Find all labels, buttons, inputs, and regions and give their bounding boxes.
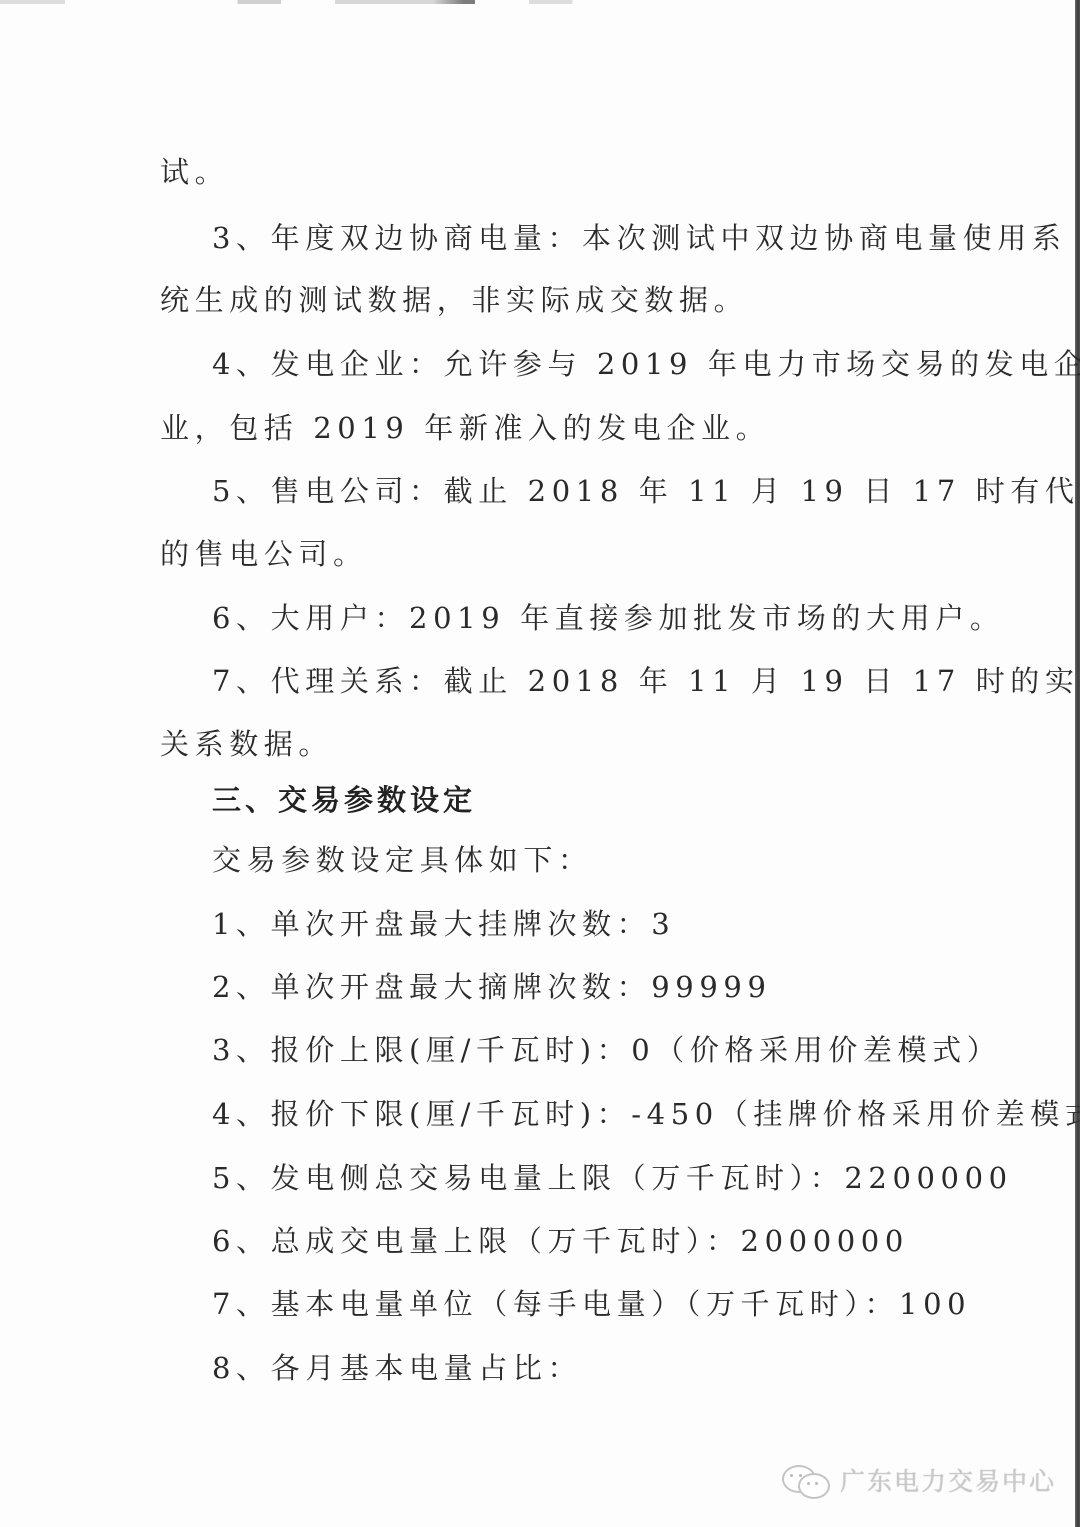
parameter-item: 3、报价上限(厘/千瓦时)：0（价格采用价差模式）: [212, 1030, 1001, 1070]
body-line: 业，包括 2019 年新准入的发电企业。: [160, 408, 770, 448]
parameter-item: 7、基本电量单位（每手电量）（万千瓦时）：100: [212, 1284, 971, 1324]
body-line: 4、发电企业：允许参与 2019 年电力市场交易的发电企: [212, 344, 1080, 384]
wechat-icon: [782, 1463, 832, 1497]
scan-right-border: [1075, 0, 1080, 1527]
body-line: 7、代理关系：截止 2018 年 11 月 19 日 17 时的实际代理: [212, 661, 1080, 701]
watermark-text: 广东电力交易中心: [840, 1462, 1056, 1498]
parameter-item: 1、单次开盘最大挂牌次数：3: [212, 904, 675, 944]
parameter-item: 2、单次开盘最大摘牌次数：99999: [212, 967, 772, 1007]
scan-top-edge: [0, 0, 1080, 4]
body-line: 3、年度双边协商电量：本次测试中双边协商电量使用系: [212, 218, 1066, 258]
watermark: 广东电力交易中心: [782, 1460, 1056, 1500]
parameter-item: 4、报价下限(厘/千瓦时)：-450（挂牌价格采用价差模式）: [212, 1094, 1080, 1134]
section-intro: 交易参数设定具体如下：: [212, 840, 593, 880]
parameter-item: 5、发电侧总交易电量上限（万千瓦时）：2200000: [212, 1158, 1013, 1198]
body-line: 6、大用户：2019 年直接参加批发市场的大用户。: [212, 598, 1004, 638]
body-line: 5、售电公司：截止 2018 年 11 月 19 日 17 时有代理关系: [212, 471, 1080, 511]
parameter-item: 8、各月基本电量占比：: [212, 1348, 582, 1388]
section-heading: 三、交易参数设定: [212, 780, 476, 820]
body-line: 的售电公司。: [160, 534, 368, 574]
body-line: 关系数据。: [160, 724, 333, 764]
body-line: 试。: [160, 152, 229, 192]
parameter-item: 6、总成交电量上限（万千瓦时）：2000000: [212, 1221, 909, 1261]
body-line: 统生成的测试数据，非实际成交数据。: [160, 280, 748, 320]
